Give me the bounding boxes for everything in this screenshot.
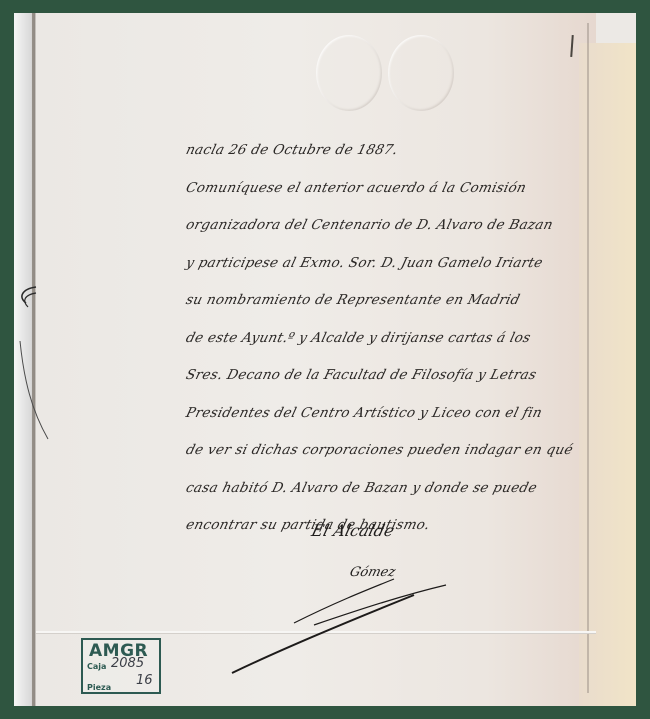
text-line: Comuníquese el anterior acuerdo á la Com… <box>181 170 636 208</box>
text-line: de este Ayunt.º y Alcalde y dirijanse ca… <box>181 320 636 358</box>
embossed-seal-icon <box>388 35 454 111</box>
closing-title: El Alcalde <box>310 521 397 540</box>
stamp-caja-value: 2085 <box>111 656 144 671</box>
text-line: encontrar su partida de bautismo. <box>181 507 636 545</box>
stamp-caja-label: Caja <box>87 662 106 671</box>
text-line: su nombramiento de Representante en Madr… <box>181 282 636 320</box>
text-line: casa habitó D. Alvaro de Bazan y donde s… <box>181 470 636 508</box>
text-line: y participese al Exmo. Sor. D. Juan Game… <box>181 245 636 283</box>
text-line: Sres. Decano de la Facultad de Filosofía… <box>181 357 636 395</box>
embossed-seal-icon <box>316 35 382 111</box>
letter-body: nacla 26 de Octubre de 1887. Comuníquese… <box>186 132 636 545</box>
archive-stamp: AMGR Caja 2085 Pieza 16 <box>81 638 161 694</box>
text-line: organizadora del Centenario de D. Alvaro… <box>181 207 636 245</box>
signature-flourish-icon <box>224 553 454 683</box>
stamp-pieza-label: Pieza <box>87 683 111 692</box>
text-line: nacla 26 de Octubre de 1887. <box>181 132 636 170</box>
binding-thread-icon <box>14 281 54 441</box>
text-line: de ver si dichas corporaciones pueden in… <box>181 432 636 470</box>
document-scan: nacla 26 de Octubre de 1887. Comuníquese… <box>14 13 636 706</box>
text-line: Presidentes del Centro Artístico y Liceo… <box>181 395 636 433</box>
stamp-pieza-value: 16 <box>136 673 153 688</box>
